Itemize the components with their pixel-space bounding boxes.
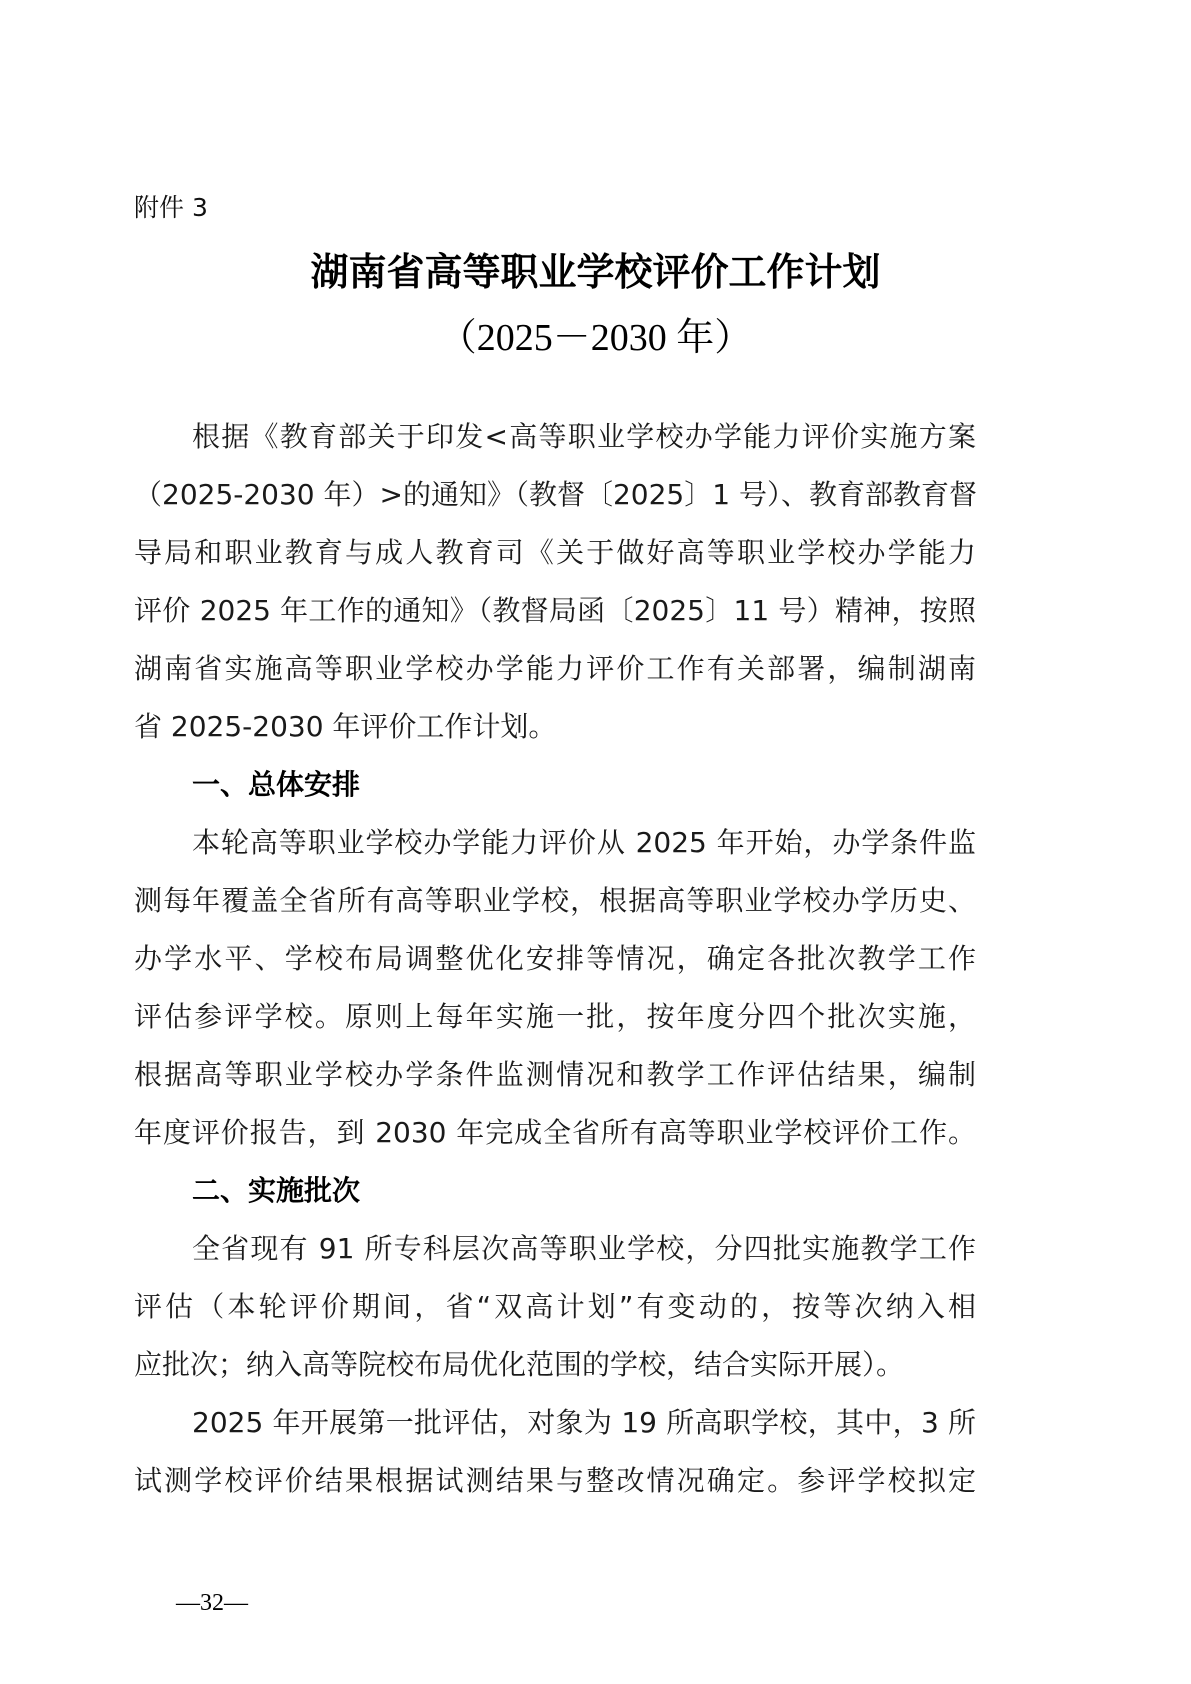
section1-line: 年度评价报告，到 2030 年完成全省所有高等职业学校评价工作。 xyxy=(134,1113,976,1153)
intro-line: 评价 2025 年工作的通知》（教督局函〔2025〕11 号）精神，按照 xyxy=(134,591,976,631)
page-number: —32— xyxy=(176,1588,248,1618)
intro-line: （2025-2030 年）>的通知》（教督〔2025〕1 号）、教育部教育督 xyxy=(134,475,976,515)
intro-line: 省 2025-2030 年评价工作计划。 xyxy=(134,707,976,747)
section2-line: 2025 年开展第一批评估，对象为 19 所高职学校，其中，3 所 xyxy=(192,1403,976,1443)
section2-line: 试测学校评价结果根据试测结果与整改情况确定。参评学校拟定 xyxy=(134,1461,976,1501)
section1-line: 测每年覆盖全省所有高等职业学校，根据高等职业学校办学历史、 xyxy=(134,881,976,921)
section2-line: 应批次；纳入高等院校布局优化范围的学校，结合实际开展）。 xyxy=(134,1345,976,1385)
section-heading-overall-arrangement: 一、总体安排 xyxy=(192,765,360,805)
document-page: 附件 3 湖南省高等职业学校评价工作计划 （2025－2030 年） 根据《教育… xyxy=(0,0,1191,1684)
document-subtitle: （2025－2030 年） xyxy=(0,310,1191,366)
document-title: 湖南省高等职业学校评价工作计划 xyxy=(0,244,1191,300)
intro-line: 根据《教育部关于印发<高等职业学校办学能力评价实施方案 xyxy=(192,417,976,457)
section1-line: 评估参评学校。原则上每年实施一批，按年度分四个批次实施， xyxy=(134,997,976,1037)
intro-line: 导局和职业教育与成人教育司《关于做好高等职业学校办学能力 xyxy=(134,533,976,573)
section1-line: 办学水平、学校布局调整优化安排等情况，确定各批次教学工作 xyxy=(134,939,976,979)
intro-line: 湖南省实施高等职业学校办学能力评价工作有关部署，编制湖南 xyxy=(134,649,976,689)
section2-line: 评估（本轮评价期间，省“双高计划”有变动的，按等次纳入相 xyxy=(134,1287,976,1327)
section-heading-implementation-batches: 二、实施批次 xyxy=(192,1171,360,1211)
section1-line: 根据高等职业学校办学条件监测情况和教学工作评估结果，编制 xyxy=(134,1055,976,1095)
section1-line: 本轮高等职业学校办学能力评价从 2025 年开始，办学条件监 xyxy=(192,823,976,863)
attachment-label: 附件 3 xyxy=(134,190,208,226)
section2-line: 全省现有 91 所专科层次高等职业学校，分四批实施教学工作 xyxy=(192,1229,976,1269)
